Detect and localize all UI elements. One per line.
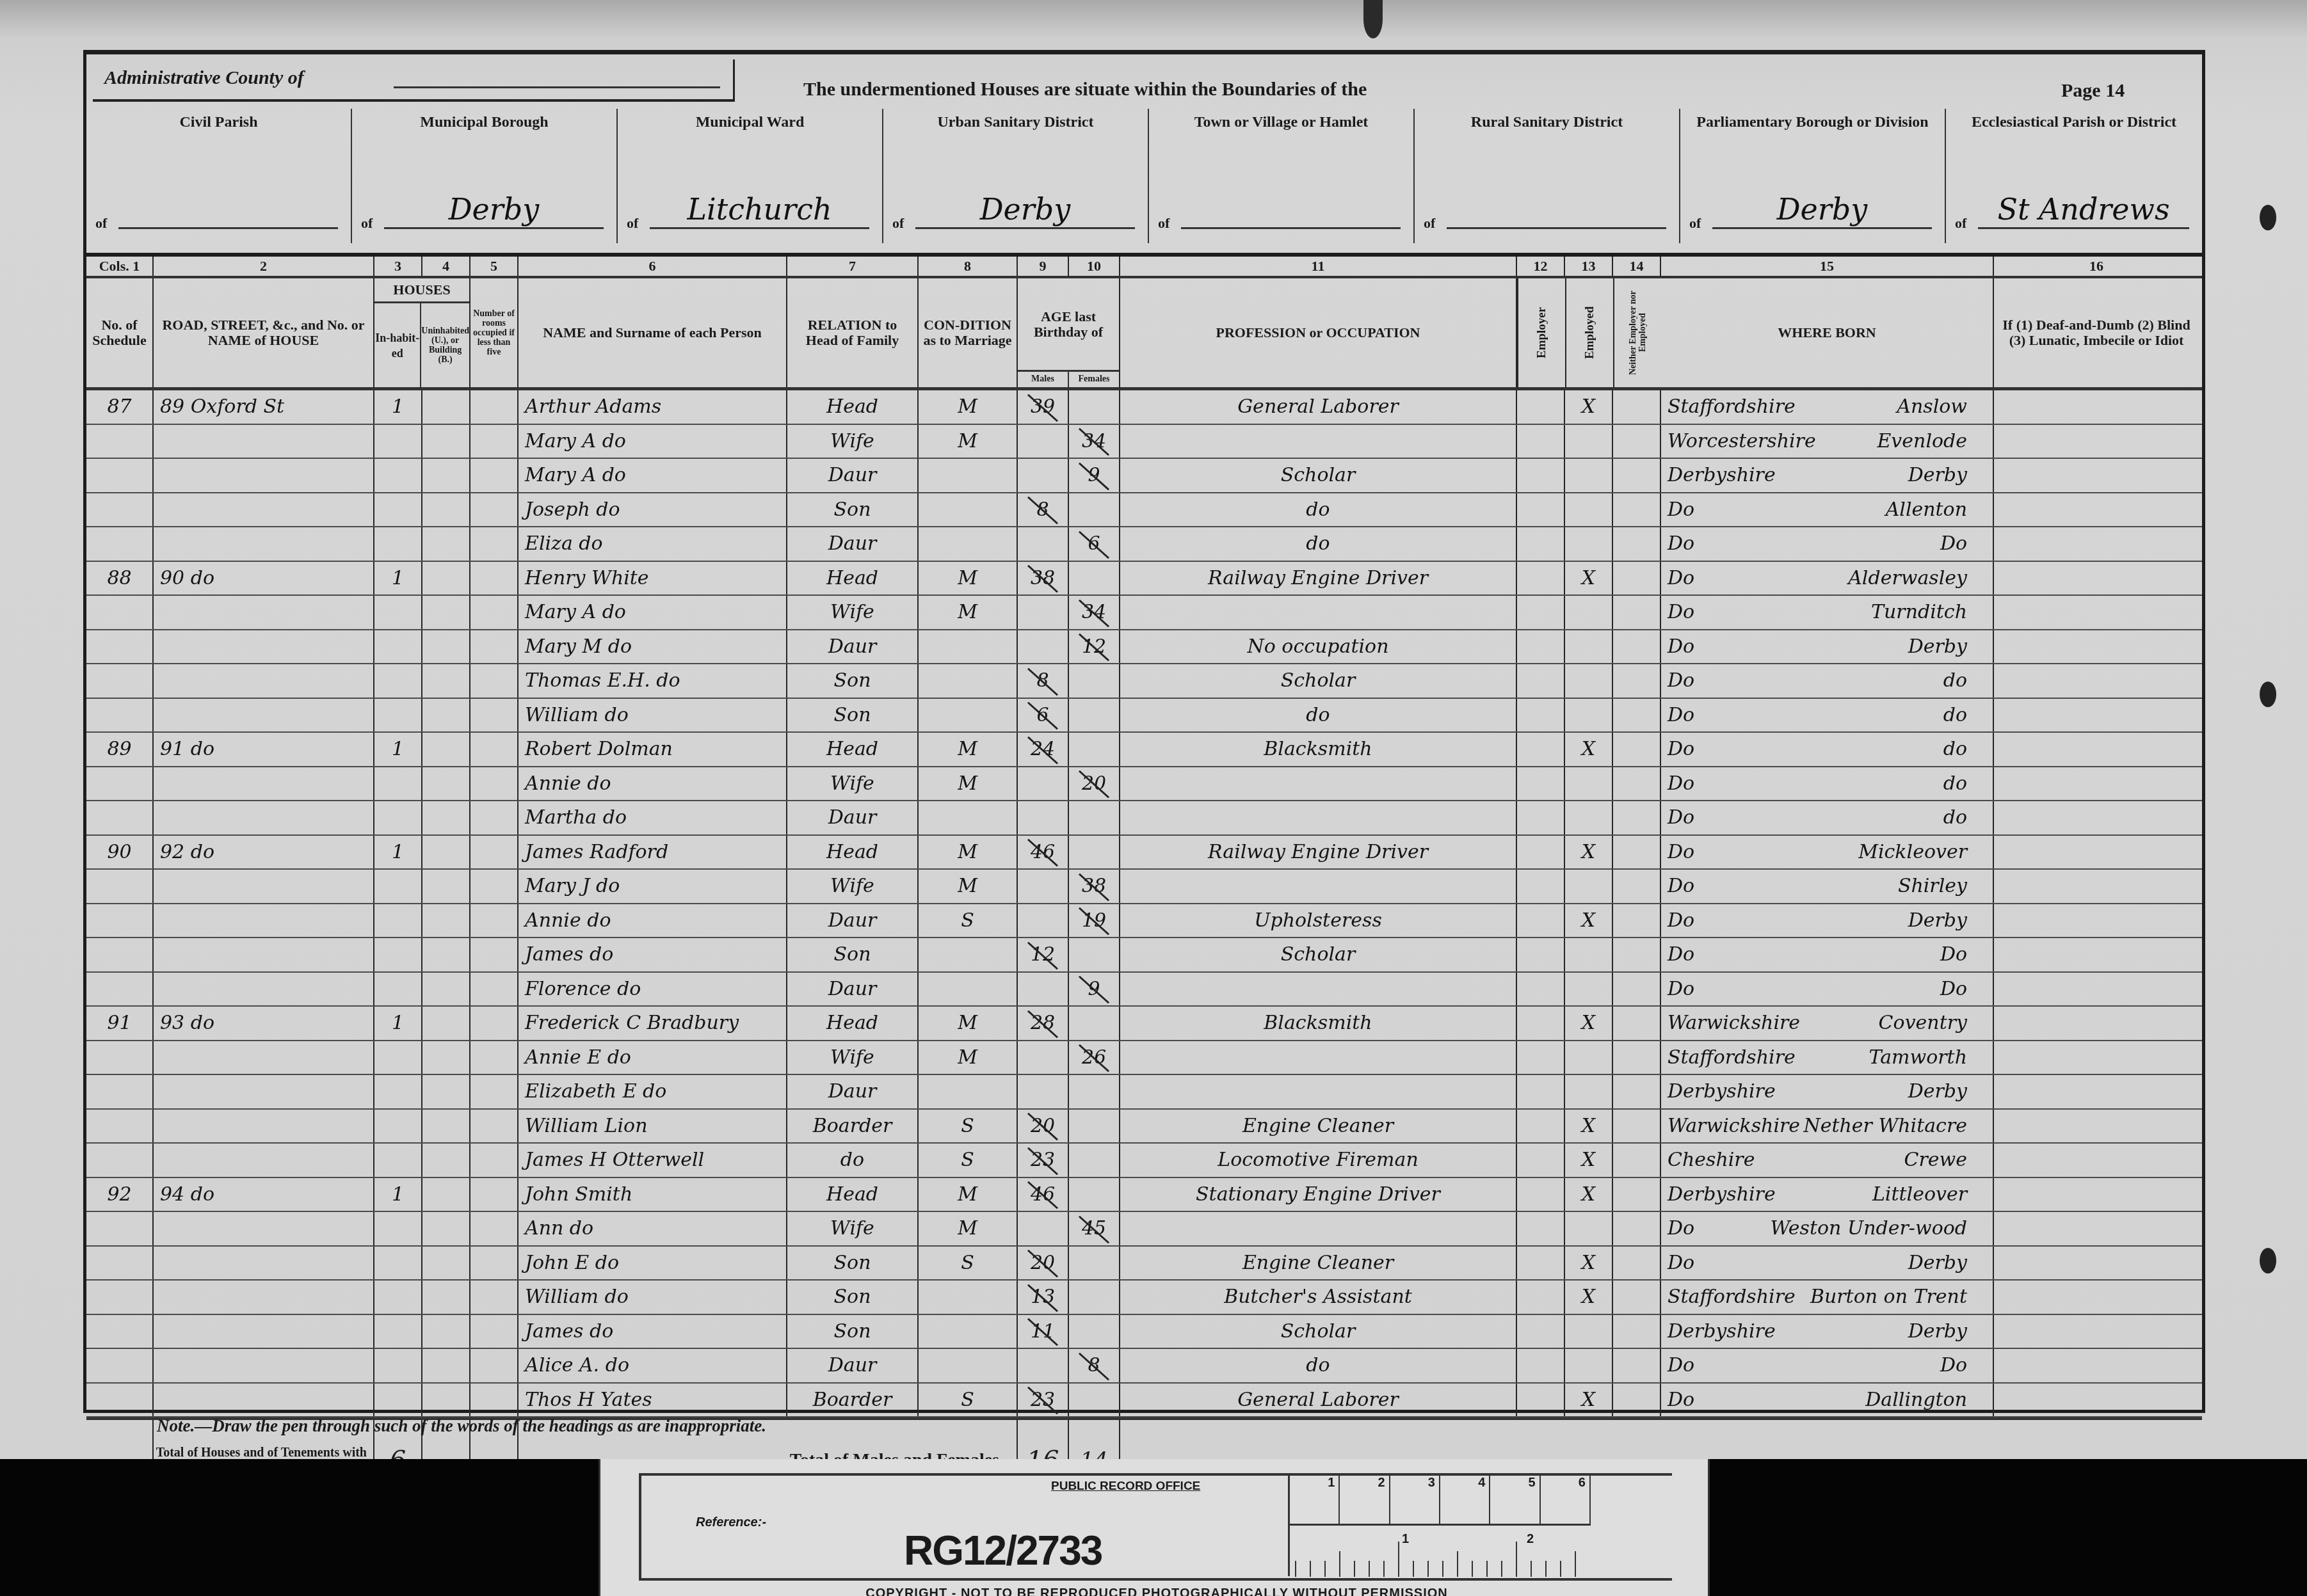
where-born: DoDerby (1661, 1247, 1994, 1280)
person-name: Arthur Adams (518, 390, 787, 424)
occupation (1120, 1075, 1517, 1108)
person-name: Annie do (518, 904, 787, 938)
born-county: Do (1668, 938, 1694, 971)
table-row: James doSon11ScholarDerbyshireDerby (86, 1315, 2202, 1350)
table-row: Joseph doSon8doDoAllenton (86, 493, 2202, 528)
infirmity (1994, 1007, 2199, 1040)
born-county: Do (1668, 904, 1694, 938)
condition (919, 1349, 1018, 1382)
header-name: NAME and Surname of each Person (518, 278, 787, 387)
boundary-rural-sanitary-district: Rural Sanitary Districtof (1415, 109, 1680, 243)
employed (1565, 1041, 1613, 1074)
occupation: Stationary Engine Driver (1120, 1178, 1517, 1211)
table-row: Alice A. doDaur8doDoDo (86, 1349, 2202, 1384)
person-name: John Smith (518, 1178, 787, 1211)
column-number: Cols. 1 (86, 257, 154, 276)
column-number: 8 (919, 257, 1018, 276)
occupation: Railway Engine Driver (1120, 836, 1517, 869)
address: 93 do (154, 1007, 374, 1040)
rooms (470, 1110, 518, 1143)
inhabited-count: 1 (374, 836, 422, 869)
born-county: Do (1668, 973, 1694, 1006)
relation: Wife (787, 767, 919, 801)
header-where-born: WHERE BORN (1661, 278, 1994, 387)
age-female: 12 (1069, 630, 1120, 664)
employer (1517, 733, 1565, 766)
relation: Wife (787, 1041, 919, 1074)
employed: X (1565, 1144, 1613, 1177)
relation: Head (787, 390, 919, 424)
schedule-number (86, 1041, 154, 1074)
rooms (470, 1007, 518, 1040)
age-male (1018, 1041, 1069, 1074)
age-female: 6 (1069, 527, 1120, 561)
schedule-number (86, 1247, 154, 1280)
address (154, 664, 374, 698)
born-place: Derby (1908, 459, 1967, 492)
person-name: Annie E do (518, 1041, 787, 1074)
occupation: Blacksmith (1120, 1007, 1517, 1040)
infirmity (1994, 904, 2199, 938)
boundary-label: Town or Village or Hamlet (1149, 114, 1413, 131)
rooms (470, 664, 518, 698)
infirmity (1994, 1075, 2199, 1108)
relation: Daur (787, 630, 919, 664)
inhabited-count (374, 425, 422, 458)
age-female (1069, 1384, 1120, 1417)
condition (919, 493, 1018, 527)
condition: M (919, 1212, 1018, 1245)
uninhabited (422, 699, 470, 732)
address (154, 767, 374, 801)
infirmity (1994, 1315, 2199, 1348)
header-employed: Employed (1565, 278, 1613, 387)
born-place: Coventry (1879, 1007, 1967, 1040)
age-female (1069, 699, 1120, 732)
column-number: 2 (154, 257, 374, 276)
infirmity (1994, 1281, 2199, 1314)
uninhabited (422, 562, 470, 595)
occupation: Upholsteress (1120, 904, 1517, 938)
age-male (1018, 870, 1069, 903)
born-county: Derbyshire (1668, 1315, 1776, 1348)
column-number: 16 (1994, 257, 2199, 276)
age-female: 34 (1069, 425, 1120, 458)
infirmity (1994, 733, 2199, 766)
born-place: do (1943, 699, 1967, 732)
address (154, 1110, 374, 1143)
occupation (1120, 801, 1517, 834)
where-born: DoDo (1661, 938, 1994, 971)
uninhabited (422, 493, 470, 527)
age-male: 20 (1018, 1247, 1069, 1280)
where-born: CheshireCrewe (1661, 1144, 1994, 1177)
where-born: DerbyshireLittleover (1661, 1178, 1994, 1211)
employer (1517, 1178, 1565, 1211)
age-female: 38 (1069, 870, 1120, 903)
employer (1517, 1144, 1565, 1177)
infirmity (1994, 459, 2199, 492)
employed (1565, 493, 1613, 527)
born-county: Do (1668, 664, 1694, 698)
age-male: 24 (1018, 733, 1069, 766)
rooms (470, 699, 518, 732)
employed: X (1565, 1110, 1613, 1143)
relation: Son (787, 1315, 919, 1348)
header-condition: CON-DITION as to Marriage (919, 278, 1018, 387)
neither (1613, 1281, 1661, 1314)
address (154, 425, 374, 458)
neither (1613, 1349, 1661, 1382)
employed (1565, 630, 1613, 664)
employed: X (1565, 836, 1613, 869)
column-number: 6 (518, 257, 787, 276)
neither (1613, 699, 1661, 732)
born-county: Do (1668, 562, 1694, 595)
employer (1517, 1349, 1565, 1382)
occupation: Blacksmith (1120, 733, 1517, 766)
condition (919, 801, 1018, 834)
person-name: Martha do (518, 801, 787, 834)
column-number: 3 (374, 257, 422, 276)
born-place: Derby (1908, 630, 1967, 664)
schedule-number (86, 1315, 154, 1348)
relation: Son (787, 1281, 919, 1314)
relation: Boarder (787, 1384, 919, 1417)
born-county: Staffordshire (1668, 1041, 1796, 1074)
boundary-value (118, 193, 338, 229)
born-county: Do (1668, 1384, 1694, 1417)
header-rooms: Number of rooms occupied if less than fi… (470, 278, 518, 387)
header-age-label: AGE last Birthday of (1018, 278, 1119, 370)
born-place: do (1943, 664, 1967, 698)
rooms (470, 1075, 518, 1108)
person-name: Eliza do (518, 527, 787, 561)
ruler-mark: 1 (1290, 1476, 1340, 1524)
condition (919, 1315, 1018, 1348)
born-place: Littleover (1872, 1178, 1967, 1211)
boundary-label: Civil Parish (86, 114, 351, 131)
occupation: Scholar (1120, 1315, 1517, 1348)
schedule-number (86, 973, 154, 1006)
of-label: of (1955, 215, 1966, 232)
age-male (1018, 801, 1069, 834)
table-row: 8890 do1Henry WhiteHeadM38Railway Engine… (86, 562, 2202, 596)
person-name: Alice A. do (518, 1349, 787, 1382)
born-place: Mickleover (1858, 836, 1967, 869)
address (154, 459, 374, 492)
uninhabited (422, 801, 470, 834)
uninhabited (422, 1110, 470, 1143)
header-infirmity: If (1) Deaf-and-Dumb (2) Blind (3) Lunat… (1994, 278, 2199, 387)
rooms (470, 1144, 518, 1177)
inhabited-count (374, 596, 422, 629)
table-row: John E doSonS20Engine CleanerXDoDerby (86, 1247, 2202, 1281)
schedule-number (86, 630, 154, 664)
person-name: James H Otterwell (518, 1144, 787, 1177)
table-body: 8789 Oxford St1Arthur AdamsHeadM39Genera… (86, 390, 2202, 1417)
table-row: Eliza doDaur6doDoDo (86, 527, 2202, 562)
inhabited-count (374, 1041, 422, 1074)
column-number: 7 (787, 257, 919, 276)
age-male: 8 (1018, 493, 1069, 527)
born-place: Derby (1908, 904, 1967, 938)
ruler-tick (1383, 1561, 1385, 1577)
age-male: 38 (1018, 562, 1069, 595)
uninhabited (422, 1247, 470, 1280)
born-place: Do (1940, 938, 1967, 971)
schedule-number: 87 (86, 390, 154, 424)
inhabited-count (374, 664, 422, 698)
uninhabited (422, 459, 470, 492)
age-male: 23 (1018, 1144, 1069, 1177)
table-row: Florence doDaur9DoDo (86, 973, 2202, 1007)
born-place: Do (1940, 527, 1967, 561)
where-born: DoDo (1661, 1349, 1994, 1382)
column-number: 11 (1120, 257, 1517, 276)
address (154, 904, 374, 938)
where-born: Dodo (1661, 801, 1994, 834)
age-male: 6 (1018, 699, 1069, 732)
reference-code: RG12/2733 (904, 1527, 1102, 1574)
inhabited-count (374, 1212, 422, 1245)
address (154, 527, 374, 561)
census-form: Administrative County of The undermentio… (83, 50, 2205, 1413)
address: 92 do (154, 836, 374, 869)
age-female: 9 (1069, 973, 1120, 1006)
infirmity (1994, 836, 2199, 869)
condition (919, 1075, 1018, 1108)
age-male (1018, 527, 1069, 561)
employed (1565, 699, 1613, 732)
employer (1517, 1247, 1565, 1280)
table-row: Annie doDaurS19UpholsteressXDoDerby (86, 904, 2202, 939)
schedule-number: 92 (86, 1178, 154, 1211)
born-county: Warwickshire (1668, 1110, 1800, 1143)
employed: X (1565, 1178, 1613, 1211)
neither (1613, 1212, 1661, 1245)
neither (1613, 836, 1661, 869)
born-place: Crewe (1904, 1144, 1967, 1177)
occupation (1120, 1212, 1517, 1245)
age-female (1069, 562, 1120, 595)
table-row: Annie E doWifeM26StaffordshireTamworth (86, 1041, 2202, 1076)
address (154, 596, 374, 629)
ruler-tick (1545, 1561, 1547, 1577)
age-female (1069, 733, 1120, 766)
table-row: Elizabeth E doDaurDerbyshireDerby (86, 1075, 2202, 1110)
ruler-tick (1324, 1561, 1326, 1577)
occupation: General Laborer (1120, 390, 1517, 424)
person-name: James do (518, 938, 787, 971)
uninhabited (422, 733, 470, 766)
punch-hole-icon (2260, 1248, 2276, 1273)
occupation: do (1120, 527, 1517, 561)
where-born: DoWeston Under-wood (1661, 1212, 1994, 1245)
schedule-number (86, 425, 154, 458)
employed (1565, 938, 1613, 971)
uninhabited (422, 938, 470, 971)
employer (1517, 699, 1565, 732)
rooms (470, 836, 518, 869)
form-title: The undermentioned Houses are situate wi… (803, 79, 1367, 100)
ruler-tick (1457, 1551, 1458, 1577)
born-place: Allenton (1886, 493, 1967, 527)
age-male: 39 (1018, 390, 1069, 424)
born-county: Do (1668, 870, 1694, 903)
inhabited-count (374, 767, 422, 801)
rooms (470, 459, 518, 492)
of-label: of (95, 215, 107, 232)
person-name: Mary M do (518, 630, 787, 664)
rooms (470, 870, 518, 903)
person-name: Thos H Yates (518, 1384, 787, 1417)
uninhabited (422, 425, 470, 458)
born-place: do (1943, 733, 1967, 766)
table-row: Martha doDaurDodo (86, 801, 2202, 836)
rooms (470, 1315, 518, 1348)
footer-note: Note.—Draw the pen through such of the w… (157, 1416, 766, 1436)
employed (1565, 1349, 1613, 1382)
boundary-value: St Andrews (1978, 193, 2189, 229)
punch-hole-icon (2260, 205, 2276, 230)
table-row: Ann doWifeM45DoWeston Under-wood (86, 1212, 2202, 1247)
admin-county-value (394, 86, 720, 88)
infirmity (1994, 493, 2199, 527)
neither (1613, 1041, 1661, 1074)
employer (1517, 801, 1565, 834)
uninhabited (422, 1041, 470, 1074)
ruler-mark: 3 (1390, 1476, 1440, 1524)
where-born: DerbyshireDerby (1661, 1315, 1994, 1348)
infirmity (1994, 699, 2199, 732)
employed: X (1565, 904, 1613, 938)
born-county: Do (1668, 493, 1694, 527)
age-female (1069, 664, 1120, 698)
employed (1565, 527, 1613, 561)
schedule-number (86, 904, 154, 938)
occupation: Railway Engine Driver (1120, 562, 1517, 595)
relation: Wife (787, 1212, 919, 1245)
condition (919, 938, 1018, 971)
boundary-value (1447, 193, 1666, 229)
ruler-tick (1486, 1561, 1488, 1577)
rooms (470, 1281, 518, 1314)
address (154, 699, 374, 732)
rooms (470, 1349, 518, 1382)
person-name: Annie do (518, 767, 787, 801)
condition: M (919, 1041, 1018, 1074)
table-row: 8789 Oxford St1Arthur AdamsHeadM39Genera… (86, 390, 2202, 425)
employed (1565, 1212, 1613, 1245)
infirmity (1994, 801, 2199, 834)
person-name: Frederick C Bradbury (518, 1007, 787, 1040)
age-female (1069, 938, 1120, 971)
age-male (1018, 425, 1069, 458)
condition: M (919, 870, 1018, 903)
condition: M (919, 425, 1018, 458)
occupation: Scholar (1120, 938, 1517, 971)
ruler-tick (1310, 1561, 1311, 1577)
table-row: William doSon6doDodo (86, 699, 2202, 733)
admin-county-label: Administrative County of (104, 67, 304, 89)
uninhabited (422, 1281, 470, 1314)
infirmity (1994, 425, 2199, 458)
header-uninhabited: Uninhabited (U.), or Building (B.) (421, 303, 469, 387)
column-number: 12 (1517, 257, 1565, 276)
where-born: Dodo (1661, 699, 1994, 732)
table-row: Thos H YatesBoarderS23General LaborerXDo… (86, 1384, 2202, 1418)
infirmity (1994, 870, 2199, 903)
header-occupation: PROFESSION or OCCUPATION (1120, 278, 1517, 387)
rooms (470, 801, 518, 834)
neither (1613, 1178, 1661, 1211)
neither (1613, 973, 1661, 1006)
born-place: Derby (1908, 1247, 1967, 1280)
schedule-number: 88 (86, 562, 154, 595)
employer (1517, 562, 1565, 595)
relation: Daur (787, 527, 919, 561)
boundary-municipal-ward: Municipal WardofLitchurch (618, 109, 883, 243)
neither (1613, 425, 1661, 458)
inhabited-count (374, 1075, 422, 1108)
schedule-number (86, 459, 154, 492)
schedule-number (86, 596, 154, 629)
infirmity (1994, 1247, 2199, 1280)
employer (1517, 1110, 1565, 1143)
born-county: Do (1668, 699, 1694, 732)
condition: S (919, 1247, 1018, 1280)
schedule-number (86, 1349, 154, 1382)
where-born: DoAllenton (1661, 493, 1994, 527)
born-place: Derby (1908, 1075, 1967, 1108)
age-female (1069, 1247, 1120, 1280)
condition (919, 1281, 1018, 1314)
condition (919, 459, 1018, 492)
age-female: 8 (1069, 1349, 1120, 1382)
header-employer: Employer (1517, 278, 1565, 387)
employed (1565, 425, 1613, 458)
born-county: Staffordshire (1668, 390, 1796, 424)
where-born: WorcestershireEvenlode (1661, 425, 1994, 458)
infirmity (1994, 1349, 2199, 1382)
relation: Son (787, 493, 919, 527)
of-label: of (1424, 215, 1435, 232)
inhabited-count: 1 (374, 1007, 422, 1040)
address (154, 973, 374, 1006)
boundary-civil-parish: Civil Parishof (86, 109, 352, 243)
person-name: William Lion (518, 1110, 787, 1143)
rooms (470, 1384, 518, 1417)
neither (1613, 1075, 1661, 1108)
inhabited-count (374, 1349, 422, 1382)
age-male (1018, 767, 1069, 801)
employer (1517, 973, 1565, 1006)
person-name: William do (518, 1281, 787, 1314)
uninhabited (422, 1384, 470, 1417)
table-row: Mary A doWifeM34DoTurnditch (86, 596, 2202, 630)
age-female (1069, 1315, 1120, 1348)
infirmity (1994, 562, 2199, 595)
ruler-tick (1531, 1561, 1532, 1577)
occupation: Engine Cleaner (1120, 1247, 1517, 1280)
condition: M (919, 1007, 1018, 1040)
age-male (1018, 459, 1069, 492)
condition (919, 527, 1018, 561)
rooms (470, 596, 518, 629)
table-row: Mary M doDaur12No occupationDoDerby (86, 630, 2202, 665)
where-born: DoDerby (1661, 630, 1994, 664)
